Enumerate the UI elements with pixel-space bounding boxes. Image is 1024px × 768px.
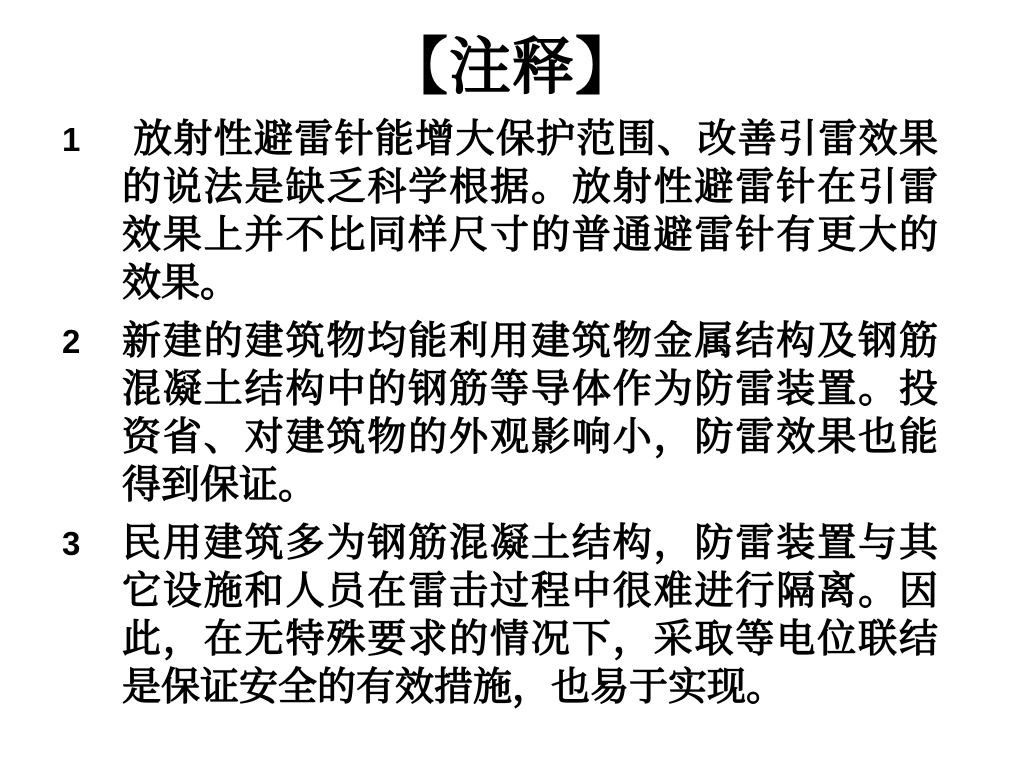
notes-list: 1 放射性避雷针能增大保护范围、改善引雷效果的说法是缺乏科学根据。放射性避雷针在… [62,102,938,712]
slide-title: 【注释】 [0,0,1024,102]
item-text: 新建的建筑物均能利用建筑物金属结构及钢筋混凝土结构中的钢筋等导体作为防雷装置。投… [122,318,938,510]
list-item: 3 民用建筑多为钢筋混凝土结构，防雷装置与其它设施和人员在雷击过程中很难进行隔离… [62,520,938,712]
item-text: 民用建筑多为钢筋混凝土结构，防雷装置与其它设施和人员在雷击过程中很难进行隔离。因… [122,520,938,712]
item-number: 1 [62,116,122,164]
list-item: 2 新建的建筑物均能利用建筑物金属结构及钢筋混凝土结构中的钢筋等导体作为防雷装置… [62,318,938,510]
item-number: 2 [62,318,122,366]
list-item: 1 放射性避雷针能增大保护范围、改善引雷效果的说法是缺乏科学根据。放射性避雷针在… [62,116,938,308]
item-number: 3 [62,520,122,568]
slide: 【注释】 1 放射性避雷针能增大保护范围、改善引雷效果的说法是缺乏科学根据。放射… [0,0,1024,768]
item-text: 放射性避雷针能增大保护范围、改善引雷效果的说法是缺乏科学根据。放射性避雷针在引雷… [122,116,938,308]
